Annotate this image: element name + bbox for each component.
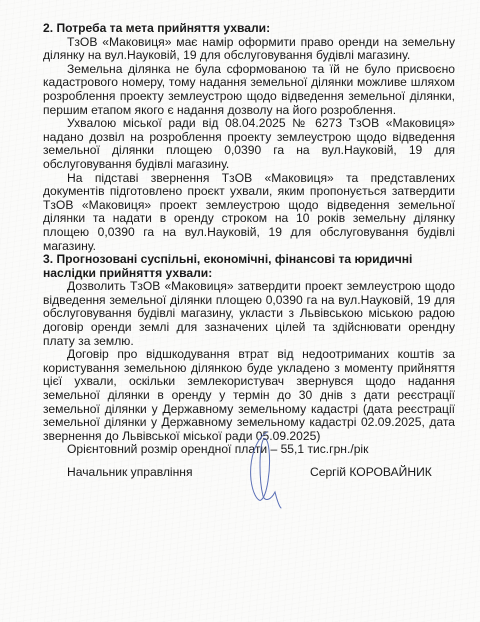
- section-3-heading: 3. Прогнозовані суспільні, економічні, ф…: [43, 253, 455, 280]
- document-page: 2. Потреба та мета прийняття ухвали: ТзО…: [43, 22, 455, 457]
- handwritten-signature-icon: [245, 430, 285, 510]
- section-2-paragraph-3: Ухвалою міської ради від 08.04.2025 № 62…: [43, 117, 455, 171]
- section-3-paragraph-1: Дозволить ТзОВ «Маковиця» затвердити про…: [43, 280, 455, 348]
- signatory-name: Сергій КОРОВАЙНИК: [310, 465, 432, 479]
- section-2-heading: 2. Потреба та мета прийняття ухвали:: [43, 22, 455, 36]
- signatory-position: Начальник управління: [67, 465, 193, 479]
- section-2-paragraph-1: ТзОВ «Маковиця» має намір оформити право…: [43, 36, 455, 63]
- section-2-paragraph-4: На підставі звернення ТзОВ «Маковиця» та…: [43, 172, 455, 254]
- section-2-paragraph-2: Земельна ділянка не була сформованою та …: [43, 63, 455, 117]
